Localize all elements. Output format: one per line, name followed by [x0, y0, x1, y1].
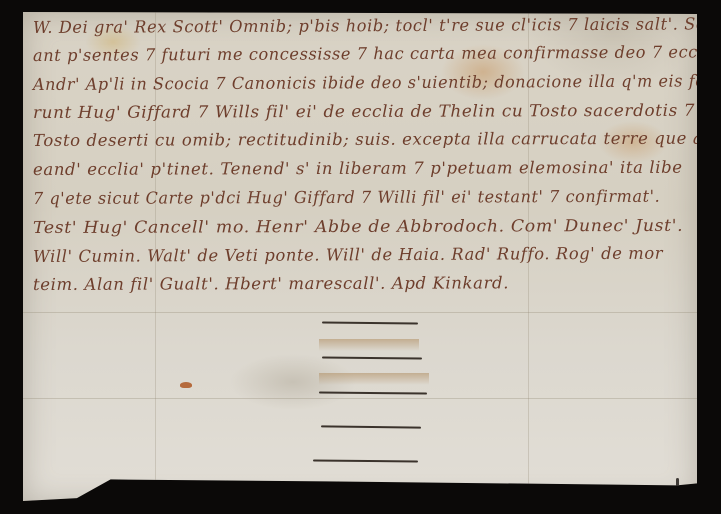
text-line-8: Test' Hug' Cancell' mo. Henr' Abbe de Ab… — [33, 216, 683, 237]
seal-tag-slit-5 — [313, 459, 418, 462]
seal-tag-slit-4 — [321, 425, 421, 428]
text-line-5: Tosto deserti cu omib; rectitudinib; sui… — [33, 129, 715, 150]
text-line-9: Will' Cumin. Walt' de Veti ponte. Will' … — [33, 244, 663, 266]
text-line-4: runt Hug' Giffard 7 Wills fil' ei' de ec… — [33, 101, 695, 122]
text-line-2: ant p'sentes 7 futuri me concessisse 7 h… — [33, 42, 721, 65]
text-line-6: eand' ecclia' p'tinet. Tenend' s' in lib… — [33, 158, 683, 179]
seal-tag-slit-1 — [322, 321, 418, 324]
seal-tag-slit-3 — [319, 391, 427, 394]
ink-mark — [676, 478, 679, 488]
text-line-10: teim. Alan fil' Gualt'. Hbert' marescall… — [33, 273, 509, 294]
fold-crease — [23, 312, 697, 313]
seal-tag-slit-2 — [322, 356, 422, 359]
slit-stain — [319, 373, 429, 385]
parchment-charter: W. Dei gra' Rex Scott' Omnib; p'bis hoib… — [23, 12, 697, 503]
image-stage: W. Dei gra' Rex Scott' Omnib; p'bis hoib… — [0, 0, 721, 514]
text-line-7: 7 q'ete sicut Carte p'dci Hug' Giffard 7… — [33, 187, 660, 208]
text-line-1: W. Dei gra' Rex Scott' Omnib; p'bis hoib… — [33, 14, 711, 37]
text-line-3: Andr' Ap'li in Scocia 7 Canonicis ibide … — [33, 71, 721, 94]
wax-spot — [180, 382, 192, 388]
fold-crease — [23, 398, 697, 399]
slit-stain — [319, 339, 419, 351]
